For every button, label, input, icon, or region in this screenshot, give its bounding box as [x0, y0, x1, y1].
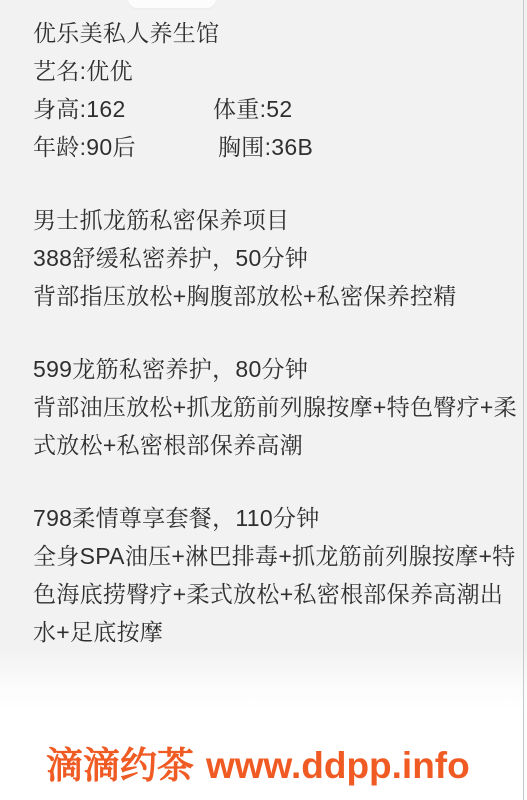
right-edge-border — [523, 0, 524, 800]
package-name: 599龙筋私密养护，80分钟 — [33, 350, 517, 388]
bust-value: 胸围:36B — [218, 134, 313, 160]
menu-section-599: 599龙筋私密养护，80分钟 背部油压放松+抓龙筋前列腺按摩+特色臀疗+柔 式放… — [33, 350, 517, 464]
package-name: 388舒缓私密养护，50分钟 — [33, 239, 517, 277]
height-value: 身高:162 — [33, 90, 213, 128]
age-value: 年龄:90后 — [33, 128, 218, 166]
package-detail: 式放松+私密根部保养高潮 — [33, 426, 517, 464]
package-detail: 水+足底按摩 — [33, 613, 517, 651]
chat-bubble-fragment — [128, 0, 216, 8]
package-detail: 色海底捞臀疗+柔式放松+私密根部保养高潮出 — [33, 575, 517, 613]
package-detail: 背部油压放松+抓龙筋前列腺按摩+特色臀疗+柔 — [33, 388, 517, 426]
menu-title: 男士抓龙筋私密保养项目 — [33, 201, 517, 239]
venue-name: 优乐美私人养生馆 — [33, 14, 517, 52]
menu-section-intro: 男士抓龙筋私密保养项目 388舒缓私密养护，50分钟 背部指压放松+胸腹部放松+… — [33, 201, 517, 315]
package-detail: 全身SPA油压+淋巴排毒+抓龙筋前列腺按摩+特 — [33, 537, 517, 575]
watermark-url: www.ddpp.info — [206, 745, 470, 786]
service-listing: 优乐美私人养生馆 艺名:优优 身高:162体重:52 年龄:90后胸围:36B … — [33, 14, 517, 651]
package-detail: 背部指压放松+胸腹部放松+私密保养控精 — [33, 277, 517, 315]
stage-name: 艺名:优优 — [33, 52, 517, 90]
package-name: 798柔情尊享套餐，110分钟 — [33, 499, 517, 537]
weight-value: 体重:52 — [213, 96, 292, 122]
menu-section-798: 798柔情尊享套餐，110分钟 全身SPA油压+淋巴排毒+抓龙筋前列腺按摩+特 … — [33, 499, 517, 651]
screenshot-canvas: 优乐美私人养生馆 艺名:优优 身高:162体重:52 年龄:90后胸围:36B … — [0, 0, 527, 800]
watermark: 滴滴约茶www.ddpp.info — [46, 744, 470, 788]
age-bust-row: 年龄:90后胸围:36B — [33, 128, 517, 166]
watermark-brand: 滴滴约茶 — [46, 745, 194, 786]
height-weight-row: 身高:162体重:52 — [33, 90, 517, 128]
